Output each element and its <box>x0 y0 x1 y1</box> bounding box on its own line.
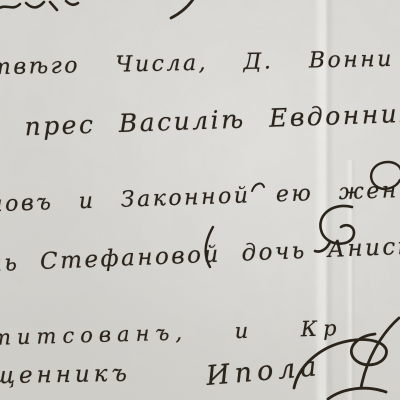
handwritten-line-4: ль Стефановой дочь Анисіѣ <box>0 233 400 278</box>
handwritten-line-5: титсованъ, и Кр <box>0 316 343 350</box>
handwritten-line-1: твѣго Числа, Д. Вонни <box>0 47 394 80</box>
handwritten-line-6-right: Ипола <box>205 351 323 392</box>
handwritten-line-2: у прес Василіѣ Евдонним <box>0 98 400 142</box>
top-descender-stroke <box>171 0 194 18</box>
manuscript-page: твѣго Числа, Д. Вонни у прес Василіѣ Евд… <box>0 0 400 400</box>
handwritten-line-3: новъ и Законной ею жень <box>0 178 400 218</box>
handwritten-line-6-left: щенникъ <box>0 361 131 389</box>
top-edge-stroke-fragments <box>0 1 78 10</box>
